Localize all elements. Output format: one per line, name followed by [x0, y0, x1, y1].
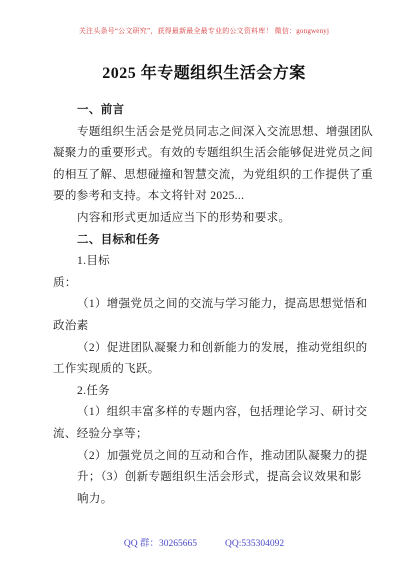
- body-line: （1）增强党员之间的交流与学习能力，提高思想觉悟和: [53, 294, 359, 316]
- body-line: （2）促进团队凝聚力和创新能力的发展，推动党组织的: [53, 338, 359, 360]
- body-line: 工作实现质的飞跃。: [53, 359, 359, 381]
- body-line: （2）加强党员之间的互动和合作，推动团队凝聚力的提: [53, 446, 359, 468]
- body-line: 一、前言: [53, 100, 359, 122]
- body-line: 专题组织生活会是党员同志之间深入交流思想、增强团队: [53, 122, 359, 144]
- body-lines: 一、前言专题组织生活会是党员同志之间深入交流思想、增强团队凝聚力的重要形式。有效…: [53, 100, 359, 510]
- document-title: 2025 年专题组织生活会方案: [0, 60, 408, 83]
- body-line: 的相互了解、思想碰撞和智慧交流，为党组织的工作提供了重: [53, 165, 359, 187]
- promo-footer: QQ 群：30265665QQ:535304092: [0, 535, 408, 549]
- document-page: 关注头条号“公文研究”，获得最新最全最专业的公文资料库！ 微信：gongweny…: [0, 0, 408, 580]
- body-line: （1）组织丰富多样的专题内容，包括理论学习、研讨交: [53, 402, 359, 424]
- body-line: 流、经验分享等；: [53, 424, 359, 446]
- body-line: 二、目标和任务: [53, 230, 359, 252]
- body-line: 政治素: [53, 316, 359, 338]
- qq-group-number: 30265665: [159, 539, 197, 549]
- body-line: 1.目标: [53, 251, 359, 273]
- body-line: 2.任务: [53, 381, 359, 403]
- body-line: 内容和形式更加适应当下的形势和要求。: [53, 208, 359, 230]
- qq-group-label: QQ 群：: [124, 539, 159, 549]
- qq-number: 535304092: [241, 539, 284, 549]
- qq-label: QQ:: [225, 539, 241, 549]
- body-line: 凝聚力的重要形式。有效的专题组织生活会能够促进党员之间: [53, 143, 359, 165]
- promo-header-notice: 关注头条号“公文研究”，获得最新最全最专业的公文资料库！ 微信：gongweny…: [0, 26, 408, 36]
- body-line: 升；（3）创新专题组织生活会形式，提高会议效果和影: [53, 467, 359, 489]
- body-line: 响力。: [53, 489, 359, 511]
- body-line: 要的参考和支持。本文将针对 2025...: [53, 186, 359, 208]
- body-line: 质：: [53, 273, 359, 295]
